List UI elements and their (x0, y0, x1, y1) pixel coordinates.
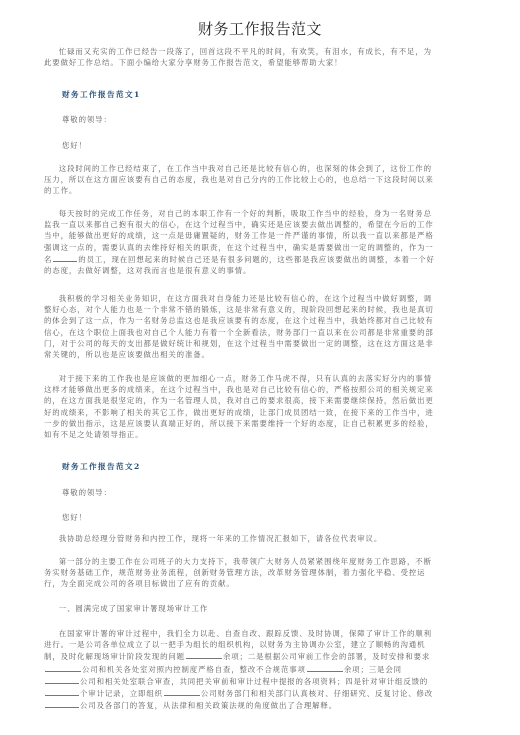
fill-blank (45, 687, 79, 696)
salutation-2: 尊敬的领导： (62, 487, 112, 498)
fill-blank (45, 675, 79, 684)
section2-subheading: 一、圆满完成了国家审计署现场审计工作 (44, 603, 436, 614)
document-title: 财务工作报告范文 (0, 18, 520, 39)
fill-blank (45, 699, 79, 708)
paragraph-text: 余项；二是根据公司审前工作会的部署，及时安排和要求 (223, 652, 430, 661)
section2-paragraph-2: 第一部分的主要工作在公司班子的大力支持下，我带领广大财务人员紧紧围绕年度财务工作… (44, 556, 436, 590)
paragraph-text: 余项；三是会同 (344, 665, 402, 674)
paragraph-text: 个审计记录，立即组织 (80, 689, 163, 698)
section1-paragraph-1: 这段时间的工作已经结束了，在工作当中我对自己还是比较有信心的，也深刻的体会到了，… (44, 163, 436, 197)
section-heading-2: 财务工作报告范文2 (62, 461, 141, 472)
fill-blank (307, 663, 343, 672)
section2-paragraph-1: 我协助总经理分管财务和内控工作，现将一年来的工作情况汇报如下，请各位代表审议。 (44, 533, 436, 544)
fill-blank (53, 253, 77, 262)
paragraph-text: 公司及各部门的答复，从法律和相关政策法规的角度做出了合理解释。 (80, 701, 337, 710)
section1-paragraph-3: 我积极的学习相关业务知识，在这方面我对自身能力还是比较有信心的，在这个过程当中做… (44, 293, 436, 360)
section1-paragraph-4: 对于接下来的工作我也是应该做的更加细心一点，财务工作马虎不得，只有认真的去落实好… (44, 373, 436, 440)
paragraph-text: 公司和机关各处室对照内控制度严格自查，整改不合规范事项 (82, 665, 306, 674)
paragraph-text: 公司财务部门和相关部门认真核对、仔细研究、反复讨论、修改 (201, 689, 433, 698)
fill-blank (186, 650, 222, 659)
paragraph-text: 公司和相关处室联合审查，共同把关审前和审计过程中提报的各项资料；四是针对审计组反… (80, 677, 428, 686)
fill-blank (164, 687, 200, 696)
intro-paragraph: 忙碌而又充实的工作已经告一段落了，回首这段不平凡的时间，有欢笑，有泪水，有成长，… (44, 46, 436, 68)
fill-blank (45, 663, 81, 672)
document-page: 财务工作报告范文 忙碌而又充实的工作已经告一段落了，回首这段不平凡的时间，有欢笑… (0, 0, 520, 735)
paragraph-text: 的员工，现在回想起来的时候自己还是有很多问题的，这些都是我应该要做出的调整，本着… (44, 255, 435, 275)
greeting-2: 您好！ (62, 512, 87, 523)
greeting-1: 您好！ (62, 140, 87, 151)
section2-paragraph-3: 在国家审计署的审计过程中，我们全力以赴、自查自改、跟踪反馈、及时协调，保障了审计… (44, 628, 436, 711)
section1-paragraph-2: 每天按时的完成工作任务，对自己的本职工作有一个好的判断，吸取工作当中的经验，身为… (44, 208, 436, 276)
section-heading-1: 财务工作报告范文1 (62, 89, 141, 100)
salutation-1: 尊敬的领导： (62, 114, 112, 125)
